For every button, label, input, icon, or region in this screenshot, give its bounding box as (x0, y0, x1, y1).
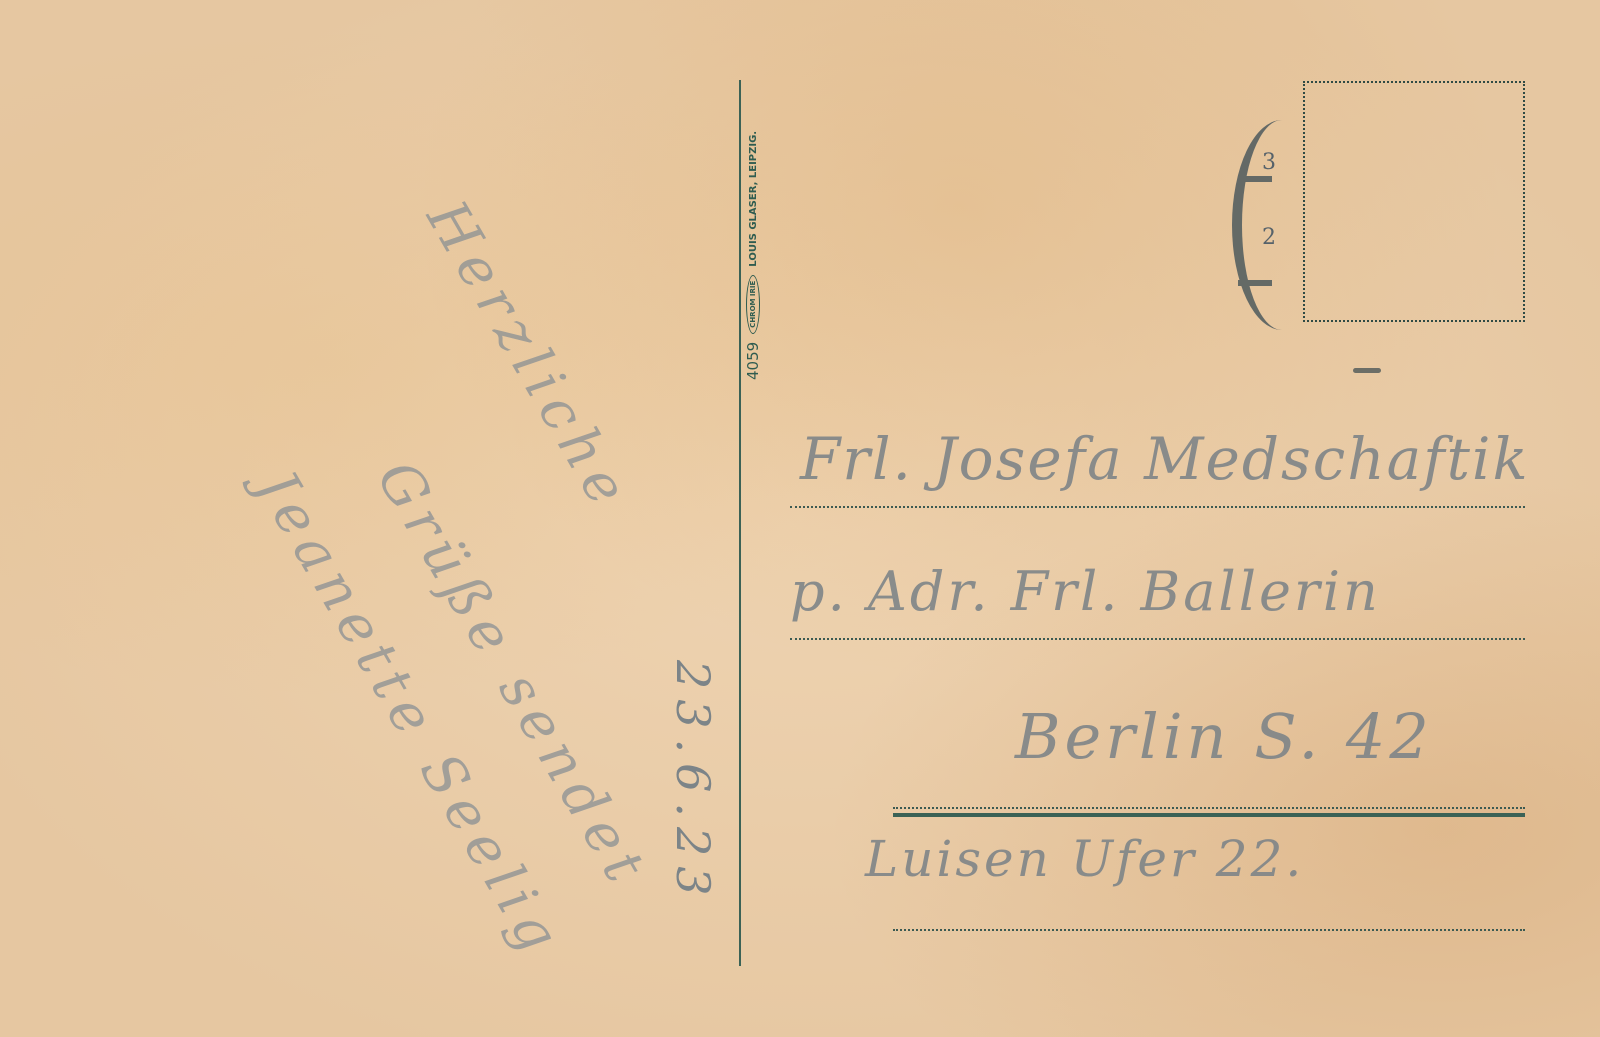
city-line: Berlin S. 42 (1015, 700, 1433, 773)
message-date: 23.6.23 (666, 660, 720, 906)
stamp-placeholder-box (1303, 81, 1525, 322)
message-line: Herzliche (414, 190, 644, 523)
address-line-rule (790, 638, 1525, 640)
printer-imprint: 4059 CHROM IRIE LOUIS GLASER, LEIPZIG. (744, 131, 762, 380)
center-divider-line (739, 80, 741, 966)
ink-smudge (1353, 368, 1381, 373)
postmark-digit: 2 (1262, 225, 1276, 250)
publisher-name: LOUIS GLASER, LEIPZIG. (748, 131, 759, 267)
city-underline (893, 813, 1525, 817)
address-line-rule (893, 929, 1525, 931)
care-of-line: p. Adr. Frl. Ballerin (790, 560, 1381, 623)
recipient-name: Frl. Josefa Medschaftik (800, 425, 1530, 493)
address-line-rule (893, 807, 1525, 809)
postcard-back: 4059 CHROM IRIE LOUIS GLASER, LEIPZIG. 3… (0, 0, 1600, 1037)
street-line: Luisen Ufer 22. (865, 830, 1304, 888)
publisher-logo-icon: CHROM IRIE (746, 275, 760, 334)
address-line-rule (790, 506, 1525, 508)
postmark-digit: 3 (1262, 150, 1276, 175)
serial-number: 4059 (744, 342, 762, 380)
